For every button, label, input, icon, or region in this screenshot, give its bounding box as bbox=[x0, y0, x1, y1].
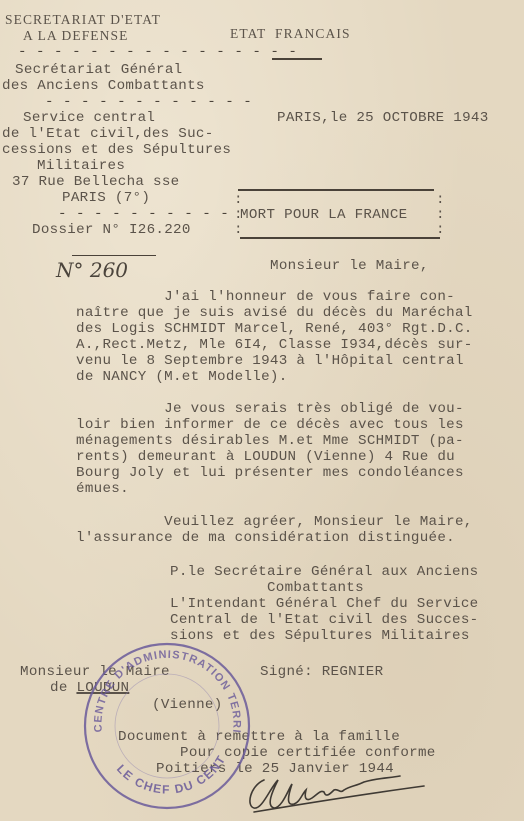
recipient-line-1: Monsieur le Maire bbox=[20, 664, 170, 680]
signed-by: Signé: REGNIER bbox=[260, 664, 383, 680]
paragraph-1-line-2: naître que je suis avisé du décès du Mar… bbox=[76, 305, 473, 321]
recipient-department: (Vienne) bbox=[152, 697, 223, 713]
mention-box-colon-right-2: : bbox=[436, 207, 445, 223]
handwritten-number: N° 260 bbox=[56, 258, 128, 282]
number-rule bbox=[72, 255, 156, 256]
recipient-prefix: de bbox=[50, 680, 76, 696]
dossier-number: Dossier N° I26.220 bbox=[32, 222, 191, 238]
paragraph-1-line-5: venu le 8 Septembre 1943 à l'Hôpital cen… bbox=[76, 353, 464, 369]
address-divider: - - - - - - - - - - bbox=[58, 206, 229, 222]
mention-box-colon-right-1: : bbox=[436, 192, 445, 208]
recipient-town: LOUDUN bbox=[76, 680, 129, 696]
mention-box-colon-left-3: : bbox=[234, 222, 243, 238]
paragraph-2-line-4: rents) demeurant à LOUDUN (Vienne) 4 Rue… bbox=[76, 449, 455, 465]
paragraph-1-line-6: de NANCY (M.et Modelle). bbox=[76, 369, 288, 385]
mention-box-bottom bbox=[240, 237, 440, 239]
paragraph-2-line-2: loir bien informer de ce décès avec tous… bbox=[76, 417, 464, 433]
paragraph-2-line-3: ménagements désirables M.et Mme SCHMIDT … bbox=[76, 433, 464, 449]
signatory-line-3: L'Intendant Général Chef du Service bbox=[170, 596, 479, 612]
service-line-1: Service central bbox=[23, 110, 155, 126]
certification-line-1: Document à remettre à la famille bbox=[118, 729, 400, 745]
place-date: PARIS,le 25 OCTOBRE 1943 bbox=[277, 110, 489, 126]
state-underline bbox=[272, 58, 322, 60]
signatory-line-1: P.le Secrétaire Général aux Anciens bbox=[170, 564, 479, 580]
service-line-2: de l'Etat civil,des Suc- bbox=[2, 126, 214, 142]
state-title: ETAT FRANCAIS bbox=[230, 26, 351, 42]
department-line-1: Secrétariat Général bbox=[15, 62, 182, 78]
address-line-1: 37 Rue Bellecha sse bbox=[12, 174, 179, 190]
mention-box-top bbox=[238, 189, 434, 191]
ministry-line-1: SECRETARIAT D'ETAT bbox=[5, 12, 161, 28]
paragraph-2-line-1: Je vous serais très obligé de vou- bbox=[76, 401, 464, 417]
mention-box-colon-left-1: : bbox=[234, 192, 243, 208]
service-line-4: Militaires bbox=[37, 158, 125, 174]
signatory-line-2: Combattants bbox=[170, 580, 364, 596]
department-divider: - - - - - - - - - - - - bbox=[45, 94, 252, 110]
recipient-line-2: de LOUDUN bbox=[50, 680, 129, 696]
mention-box-colon-right-3: : bbox=[436, 222, 445, 238]
salutation: Monsieur le Maire, bbox=[270, 258, 429, 274]
paragraph-1-line-1: J'ai l'honneur de vous faire con- bbox=[76, 289, 455, 305]
closing-line-1: Veuillez agréer, Monsieur le Maire, bbox=[76, 514, 473, 530]
department-line-2: des Anciens Combattants bbox=[2, 78, 205, 94]
paragraph-2-line-5: Bourg Joly et lui présenter mes condoléa… bbox=[76, 465, 464, 481]
signatory-line-4: Central de l'Etat civil des Succes- bbox=[170, 612, 479, 628]
handwritten-signature bbox=[240, 772, 430, 817]
paragraph-1-line-4: A.,Rect.Metz, Mle 6I4, Classe I934,décès… bbox=[76, 337, 473, 353]
closing-line-2: l'assurance de ma considération distingu… bbox=[76, 530, 455, 546]
certification-line-2: Pour copie certifiée conforme bbox=[180, 745, 436, 761]
paragraph-2-line-6: émues. bbox=[76, 481, 129, 497]
signatory-line-5: sions et des Sépultures Militaires bbox=[170, 628, 470, 644]
mention-box-text: MORT POUR LA FRANCE bbox=[240, 207, 407, 223]
paragraph-1-line-3: des Logis SCHMIDT Marcel, René, 403° Rgt… bbox=[76, 321, 473, 337]
header-divider: - - - - - - - - - - - - - - - - bbox=[18, 44, 297, 60]
ministry-line-2: A LA DEFENSE bbox=[23, 28, 128, 44]
service-line-3: cessions et des Sépultures bbox=[2, 142, 231, 158]
address-line-2: PARIS (7°) bbox=[62, 190, 150, 206]
